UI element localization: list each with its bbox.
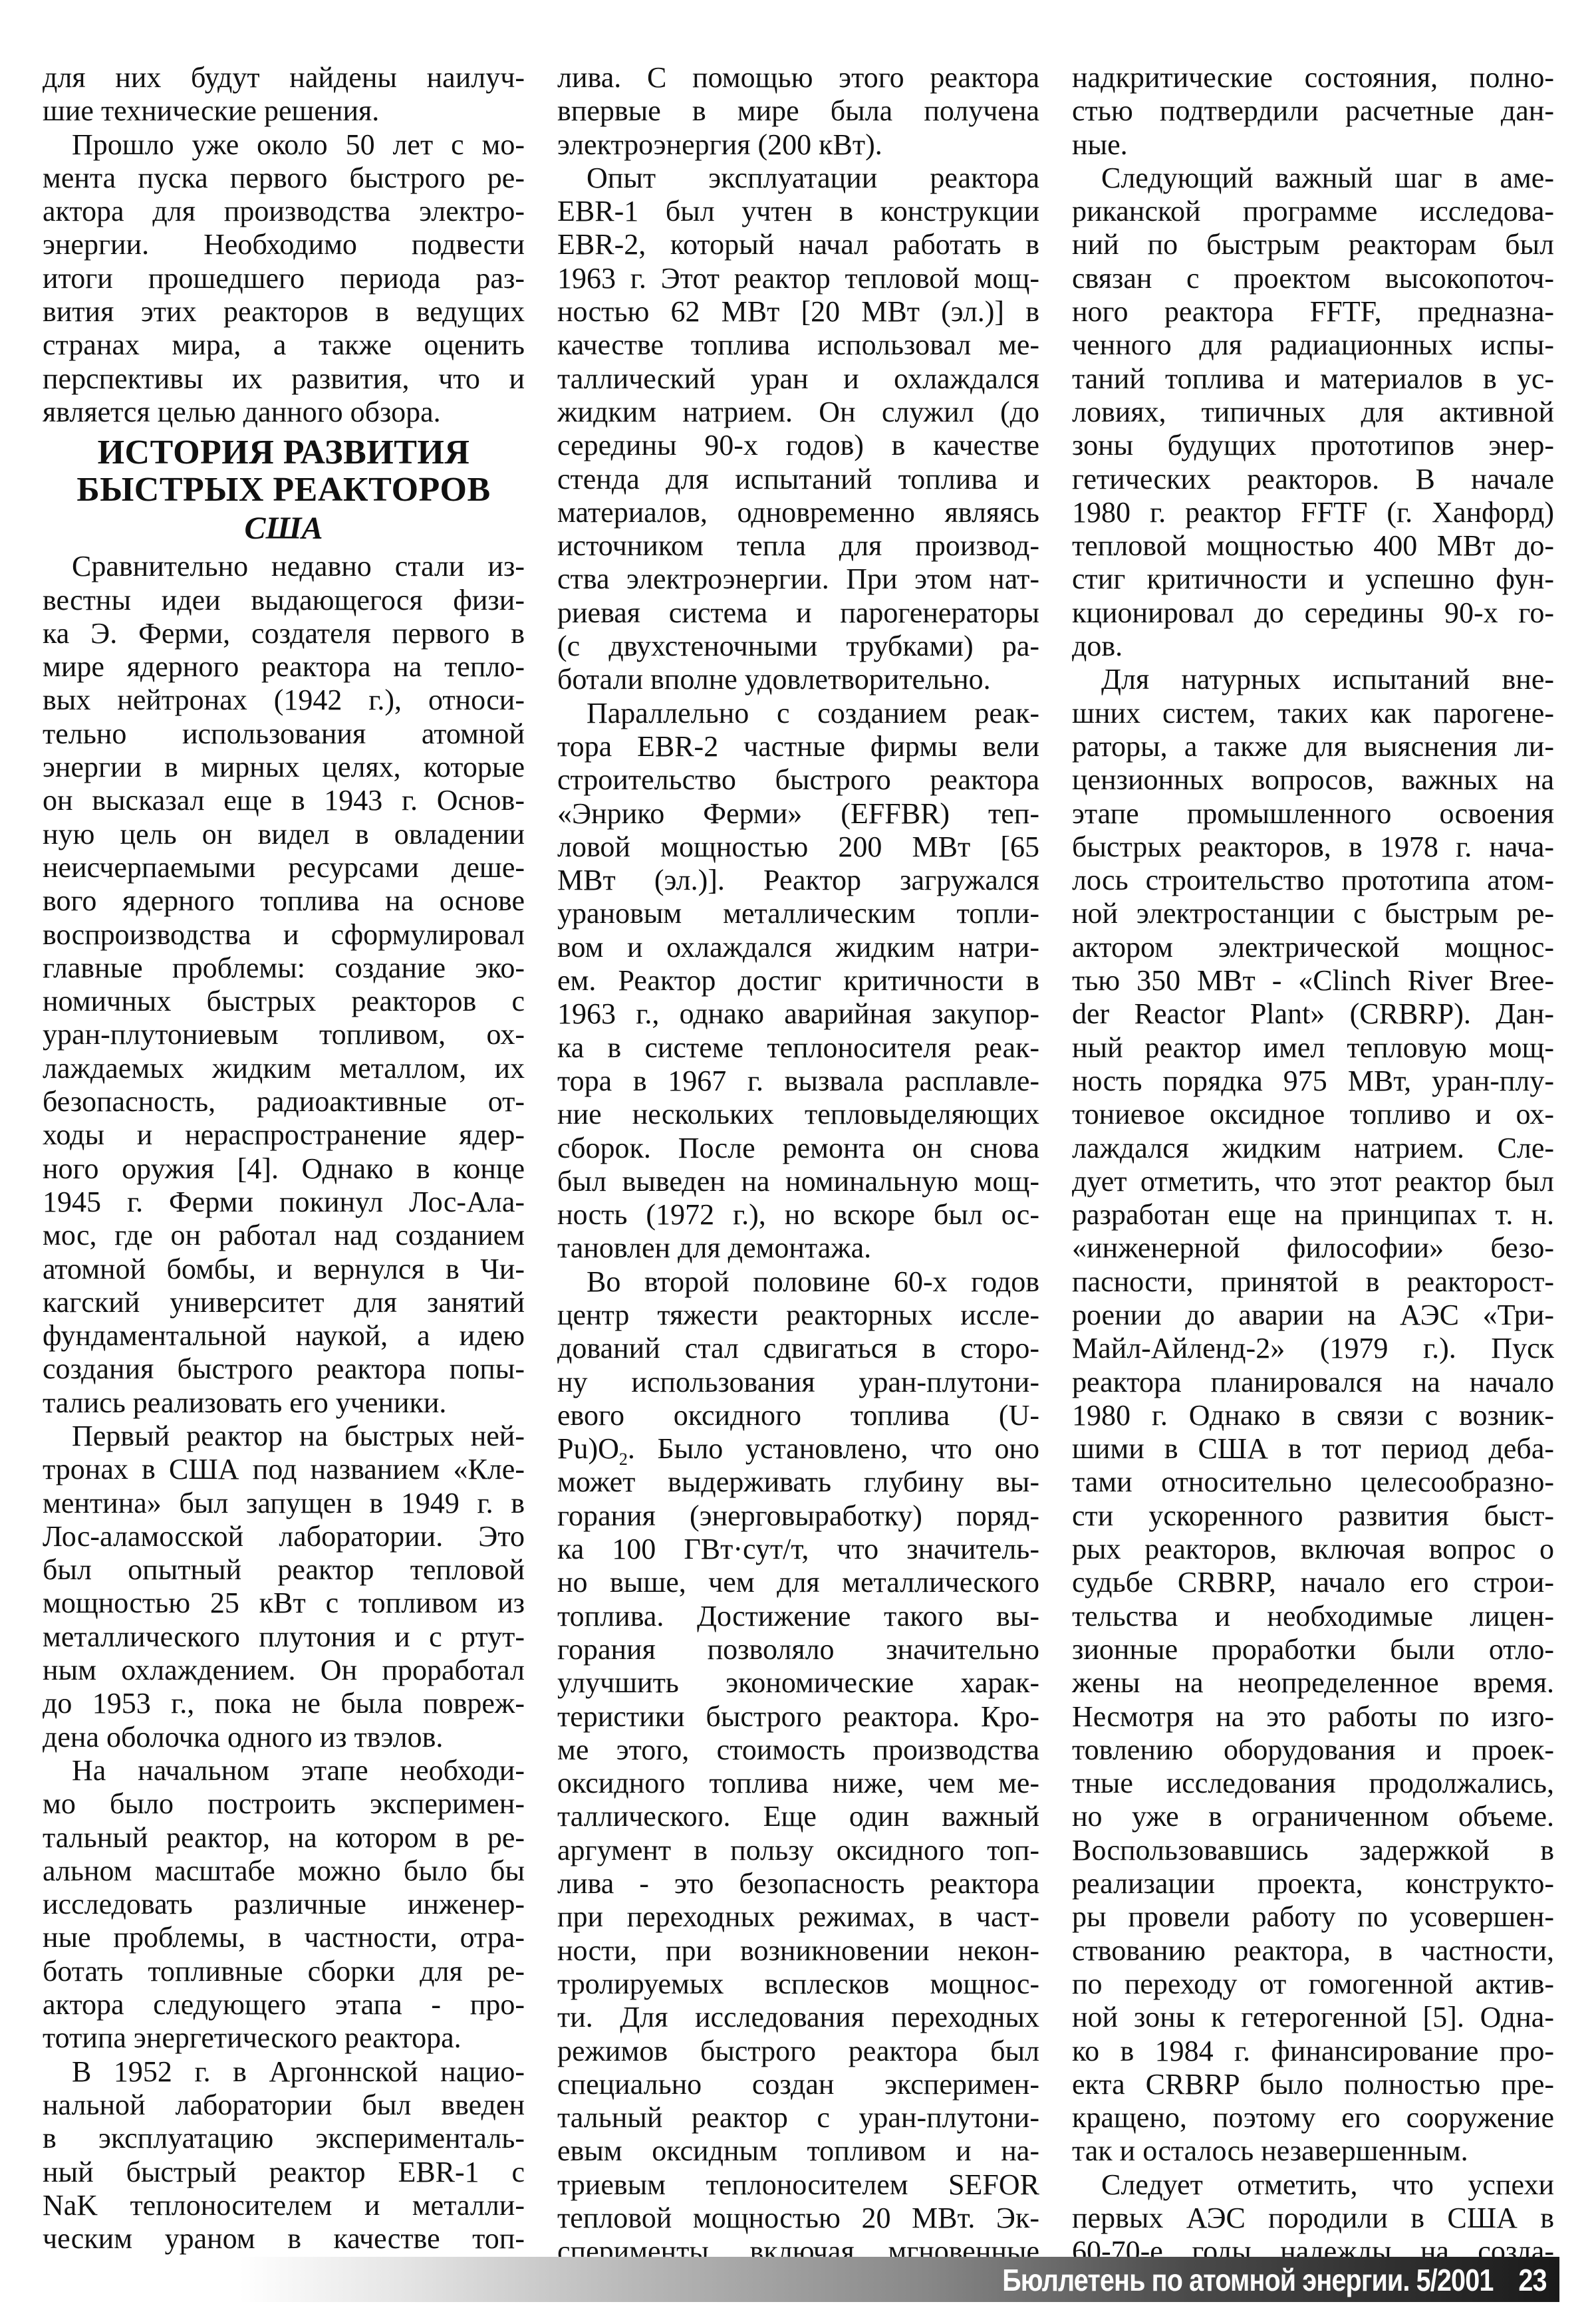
text-line: ры провели работу по усовершен- <box>1072 1900 1554 1934</box>
text-line: источником тепла для производ- <box>557 529 1039 563</box>
text-line: Параллельно с созданием реак- <box>557 697 1039 730</box>
text-line: ную цель он видел в овладении <box>43 818 525 851</box>
text-line: урановым металлическим топли- <box>557 897 1039 930</box>
text-line: мос, где он работал над созданием <box>43 1219 525 1252</box>
text-line: ность (1972 г.), но вскоре был ос- <box>557 1198 1039 1231</box>
text-line: шних систем, таких как парогене- <box>1072 697 1554 730</box>
text-line: лаждаемых жидким металлом, их <box>43 1052 525 1085</box>
text-line: лива. С помощью этого реактора <box>557 61 1039 94</box>
text-line: рых реакторов, включая вопрос о <box>1072 1533 1554 1566</box>
text-line: горания позволяло значительно <box>557 1633 1039 1666</box>
text-line: NaK теплоносителем и металли- <box>43 2189 525 2222</box>
text-line: Для натурных испытаний вне- <box>1072 663 1554 696</box>
text-line: материалов, одновременно являясь <box>557 496 1039 529</box>
text-line: ходы и нераспространение ядер- <box>43 1118 525 1152</box>
text-line: энергии. Необходимо подвести <box>43 228 525 261</box>
text-line: вестны идеи выдающегося физи- <box>43 584 525 617</box>
text-line: «Энрико Ферми» (EFFBR) теп- <box>557 797 1039 831</box>
text-line: ствованию реактора, в частности, <box>1072 1934 1554 1968</box>
text-line: ства электроэнергии. При этом нат- <box>557 563 1039 596</box>
text-line: для них будут найдены наилуч- <box>43 61 525 94</box>
text-line: может выдерживать глубину вы- <box>557 1466 1039 1499</box>
text-line: роении до аварии на АЭС «Три- <box>1072 1299 1554 1332</box>
text-line: судьбе CRBRP, начало его строи- <box>1072 1566 1554 1599</box>
text-line: тора в 1967 г. вызвала расплавле- <box>557 1065 1039 1098</box>
text-line: тельства и необходимые лицен- <box>1072 1600 1554 1633</box>
text-line: пасности, принятой в реакторост- <box>1072 1265 1554 1299</box>
text-line: ный реактор имел тепловую мощ- <box>1072 1031 1554 1065</box>
paragraph: Прошло уже около 50 лет с мо-мента пуска… <box>43 128 525 430</box>
text-line: стенда для испытаний топлива и <box>557 463 1039 496</box>
text-line: электроэнергия (200 кВт). <box>557 128 1039 162</box>
text-line: тами относительно целесообразно- <box>1072 1466 1554 1499</box>
text-line: кционировал до середины 90-х го- <box>1072 596 1554 630</box>
text-line: ностью 62 МВт [20 МВт (эл.)] в <box>557 295 1039 328</box>
text-line: ме этого, стоимость производства <box>557 1733 1039 1767</box>
text-line: является целью данного обзора. <box>43 396 525 429</box>
text-line: мире ядерного реактора на тепло- <box>43 650 525 684</box>
text-line: связан с проектом высокопоточ- <box>1072 262 1554 295</box>
text-line: ловиях, типичных для активной <box>1072 396 1554 429</box>
text-line: EBR-2, который начал работать в <box>557 228 1039 261</box>
text-line: тепловой мощностью 400 МВт до- <box>1072 529 1554 563</box>
text-line: уран-плутониевым топливом, ох- <box>43 1018 525 1051</box>
text-line: 1945 г. Ферми покинул Лос-Ала- <box>43 1186 525 1219</box>
text-line: Майл-Айленд-2» (1979 г.). Пуск <box>1072 1332 1554 1365</box>
text-line: ные. <box>1072 128 1554 162</box>
text-line: строительство быстрого реактора <box>557 763 1039 797</box>
text-line: 1963 г. Этот реактор тепловой мощ- <box>557 262 1039 295</box>
text-line: специально создан эксперимен- <box>557 2068 1039 2101</box>
text-line: ко в 1984 г. финансирование про- <box>1072 2035 1554 2068</box>
text-line: ментина» был запущен в 1949 г. в <box>43 1487 525 1520</box>
text-line: Прошло уже около 50 лет с мо- <box>43 128 525 162</box>
text-line: ности, при возникновении некон- <box>557 1934 1039 1968</box>
paragraph: Опыт эксплуатации реактораEBR-1 был учте… <box>557 162 1039 697</box>
paragraph: надкритические состояния, полно-стью под… <box>1072 61 1554 162</box>
text-line: зоны будущих прототипов энер- <box>1072 429 1554 462</box>
text-line: ние нескольких тепловыделяющих <box>557 1098 1039 1131</box>
text-line: риевая система и парогенераторы <box>557 596 1039 630</box>
text-line: качестве топлива использовал ме- <box>557 328 1039 362</box>
text-line: На начальном этапе необходи- <box>43 1754 525 1787</box>
text-line: Первый реактор на быстрых ней- <box>43 1420 525 1453</box>
paragraph: лива. С помощью этого реакторавпервые в … <box>557 61 1039 162</box>
text-line: так и осталось незавершенным. <box>1072 2134 1554 2168</box>
text-line: был опытный реактор тепловой <box>43 1553 525 1587</box>
text-line: первых АЭС породили в США в <box>1072 2202 1554 2235</box>
text-line: тепловой мощностью 20 МВт. Эк- <box>557 2202 1039 2235</box>
text-line: надкритические состояния, полно- <box>1072 61 1554 94</box>
text-line: тотипа энергетического реактора. <box>43 2021 525 2055</box>
text-line: Несмотря на это работы по изго- <box>1072 1700 1554 1733</box>
text-column-1: для них будут найдены наилуч-шие техниче… <box>43 61 525 2255</box>
text-line: альном масштабе можно было бы <box>43 1855 525 1888</box>
paragraph: Параллельно с созданием реак-тора EBR-2 … <box>557 697 1039 1265</box>
text-line: ного оружия [4]. Однако в конце <box>43 1152 525 1186</box>
text-line: дов. <box>1072 630 1554 663</box>
text-line: МВт (эл.)]. Реактор загружался <box>557 864 1039 897</box>
text-line: 1980 г. Однако в связи с возник- <box>1072 1399 1554 1432</box>
text-line: EBR-1 был учтен в конструкции <box>557 195 1039 228</box>
footer: Бюллетень по атомной энергии. 5/200123 <box>1003 2261 1547 2301</box>
text-line: тальный реактор, на котором в ре- <box>43 1821 525 1855</box>
text-line: тные исследования продолжались, <box>1072 1767 1554 1800</box>
paragraph: В 1952 г. в Аргоннской нацио-нальной лаб… <box>43 2055 525 2256</box>
text-line: актора для производства электро- <box>43 195 525 228</box>
text-line: энергии в мирных целях, которые <box>43 751 525 784</box>
text-line: ка 100 ГВт·сут/т, что значитель- <box>557 1533 1039 1566</box>
text-column-2: лива. С помощью этого реакторавпервые в … <box>557 61 1039 2269</box>
text-line: зионные проработки были отло- <box>1072 1633 1554 1666</box>
text-line: середины 90-х годов) в качестве <box>557 429 1039 462</box>
text-line: мента пуска первого быстрого ре- <box>43 162 525 195</box>
text-line: тора EBR-2 частные фирмы вели <box>557 730 1039 763</box>
text-line: реактора планировался на начало <box>1072 1366 1554 1399</box>
text-line: Во второй половине 60-х годов <box>557 1265 1039 1299</box>
text-line: центр тяжести реакторных иссле- <box>557 1299 1039 1332</box>
text-line: Сравнительно недавно стали из- <box>43 550 525 583</box>
text-line: ного реактора FFTF, предназна- <box>1072 295 1554 328</box>
text-line: цензионных вопросов, важных на <box>1072 763 1554 797</box>
text-line: Следует отметить, что успехи <box>1072 2168 1554 2202</box>
text-line: ность порядка 975 МВт, уран-плу- <box>1072 1065 1554 1098</box>
text-line: тронах в США под названием «Кле- <box>43 1453 525 1486</box>
text-line: ем. Реактор достиг критичности в <box>557 964 1039 997</box>
text-line: ные проблемы, в частности, отра- <box>43 1921 525 1954</box>
text-line: 1980 г. реактор FFTF (г. Ханфорд) <box>1072 496 1554 529</box>
text-line: ка в системе теплоносителя реак- <box>557 1031 1039 1065</box>
text-line: Опыт эксплуатации реактора <box>557 162 1039 195</box>
text-line: таний топлива и материалов в ус- <box>1072 362 1554 396</box>
text-line: тролируемых всплесков мощнос- <box>557 1968 1039 2001</box>
text-line: тониевое оксидное топливо и ох- <box>1072 1098 1554 1131</box>
text-line: топлива. Достижение такого вы- <box>557 1600 1039 1633</box>
text-line: мощностью 25 кВт с топливом из <box>43 1587 525 1620</box>
text-line: атомной бомбы, и вернулся в Чи- <box>43 1253 525 1286</box>
text-line: стиг критичности и успешно фун- <box>1072 563 1554 596</box>
text-line: создания быстрого реактора попы- <box>43 1352 525 1386</box>
text-line: странах мира, а также оценить <box>43 328 525 362</box>
text-line: металлического плутония и с ртут- <box>43 1620 525 1654</box>
text-line: ной зоны к гетерогенной [5]. Одна- <box>1072 2001 1554 2034</box>
text-line: фундаментальной наукой, а идею <box>43 1319 525 1352</box>
text-line: жены на неопределенное время. <box>1072 1666 1554 1700</box>
text-line: Pu)O2. Было установлено, что оно <box>557 1432 1039 1466</box>
text-line: ний по быстрым реакторам был <box>1072 228 1554 261</box>
text-line: вом и охлаждался жидким натри- <box>557 931 1039 964</box>
text-line: ной электростанции с быстрым ре- <box>1072 897 1554 930</box>
text-line: но выше, чем для металлического <box>557 1566 1039 1599</box>
text-line: тальный реактор с уран-плутони- <box>557 2101 1039 2134</box>
text-line: ну использования уран-плутони- <box>557 1366 1039 1399</box>
text-line: Лос-аламосской лаборатории. Это <box>43 1520 525 1553</box>
text-line: лось строительство прототипа атом- <box>1072 864 1554 897</box>
text-line: дований стал сдвигаться в сторо- <box>557 1332 1039 1365</box>
text-line: сборок. После ремонта он снова <box>557 1132 1039 1165</box>
text-line: при переходных режимах, в част- <box>557 1900 1039 1934</box>
text-line: ботать топливные сборки для ре- <box>43 1955 525 1988</box>
text-line: гетических реакторов. В начале <box>1072 463 1554 496</box>
text-line: итоги прошедшего периода раз- <box>43 262 525 295</box>
text-line: екта CRBRP было полностью пре- <box>1072 2068 1554 2101</box>
journal-title: Бюллетень по атомной энергии. 5/2001 <box>1003 2263 1494 2297</box>
text-line: был выведен на номинальную мощ- <box>557 1165 1039 1198</box>
text-line: актора следующего этапа - про- <box>43 1988 525 2021</box>
text-line: горания (энерговыработку) поряд- <box>557 1499 1039 1533</box>
text-line: безопасность, радиоактивные от- <box>43 1085 525 1118</box>
text-line: вых нейтронах (1942 г.), относи- <box>43 684 525 717</box>
text-line: евым оксидным топливом и на- <box>557 2134 1039 2168</box>
text-line: улучшить экономические харак- <box>557 1666 1039 1700</box>
text-line: шие технические решения. <box>43 94 525 128</box>
text-line: он высказал еще в 1943 г. Основ- <box>43 784 525 817</box>
text-line: аргумент в пользу оксидного топ- <box>557 1834 1039 1867</box>
text-line: риканской программе исследова- <box>1072 195 1554 228</box>
text-line: ка Э. Ферми, создателя первого в <box>43 617 525 650</box>
paragraph: На начальном этапе необходи-мо было пост… <box>43 1754 525 2055</box>
text-line: ченного для радиационных испы- <box>1072 328 1554 362</box>
text-line: но уже в ограниченном объеме. <box>1072 1800 1554 1833</box>
text-line: актором электрической мощнос- <box>1072 931 1554 964</box>
text-line: вого ядерного топлива на основе <box>43 884 525 918</box>
text-line: быстрых реакторов, в 1978 г. нача- <box>1072 831 1554 864</box>
text-line: вития этих реакторов в ведущих <box>43 295 525 328</box>
page-number: 23 <box>1519 2263 1547 2297</box>
text-line: стью подтвердили расчетные дан- <box>1072 94 1554 128</box>
text-column-3: надкритические состояния, полно-стью под… <box>1072 61 1554 2269</box>
text-line: исследовать различные инженер- <box>43 1888 525 1921</box>
text-line: Следующий важный шаг в аме- <box>1072 162 1554 195</box>
paragraph: Сравнительно недавно стали из-вестны иде… <box>43 550 525 1420</box>
paragraph: Первый реактор на быстрых ней-тронах в С… <box>43 1420 525 1754</box>
text-line: ти. Для исследования переходных <box>557 2001 1039 2034</box>
text-line: в эксплуатацию эксперименталь- <box>43 2122 525 2155</box>
text-line: оксидного топлива ниже, чем ме- <box>557 1767 1039 1800</box>
section-heading: БЫСТРЫХ РЕАКТОРОВ <box>43 471 525 509</box>
text-line: лива - это безопасность реактора <box>557 1867 1039 1900</box>
text-line: сти ускоренного развития быст- <box>1072 1499 1554 1533</box>
text-line: ботали вполне удовлетворительно. <box>557 663 1039 696</box>
text-line: der Reactor Plant» (CRBRP). Дан- <box>1072 997 1554 1031</box>
text-line: 1963 г., однако аварийная закупор- <box>557 997 1039 1031</box>
text-line: таллического. Еще один важный <box>557 1800 1039 1833</box>
text-line: разработан еще на принципах т. н. <box>1072 1198 1554 1231</box>
text-line: до 1953 г., пока не была повреж- <box>43 1687 525 1720</box>
text-line: перспективы их развития, что и <box>43 362 525 396</box>
text-line: ным охлаждением. Он проработал <box>43 1654 525 1687</box>
text-line: по переходу от гомогенной актив- <box>1072 1968 1554 2001</box>
text-line: ный быстрый реактор EBR-1 с <box>43 2156 525 2189</box>
subsection-heading: США <box>43 509 525 549</box>
text-line: Воспользовавшись задержкой в <box>1072 1834 1554 1867</box>
paragraph: Следующий важный шаг в аме-риканской про… <box>1072 162 1554 663</box>
text-line: воспроизводства и сформулировал <box>43 918 525 952</box>
text-line: режимов быстрого реактора был <box>557 2035 1039 2068</box>
text-line: шими в США в тот период деба- <box>1072 1432 1554 1466</box>
text-line: тью 350 МВт - «Clinch River Bree- <box>1072 964 1554 997</box>
text-line: главные проблемы: создание эко- <box>43 952 525 985</box>
text-line: номичных быстрых реакторов с <box>43 985 525 1018</box>
text-line: впервые в мире была получена <box>557 94 1039 128</box>
paragraph: для них будут найдены наилуч-шие техниче… <box>43 61 525 128</box>
text-line: мо было построить эксперимен- <box>43 1787 525 1821</box>
paragraph: Во второй половине 60-х годовцентр тяжес… <box>557 1265 1039 2269</box>
paragraph: Для натурных испытаний вне-шних систем, … <box>1072 663 1554 2168</box>
text-line: «инженерной философии» безо- <box>1072 1231 1554 1265</box>
text-line: раторы, а также для выяснения ли- <box>1072 730 1554 763</box>
text-line: В 1952 г. в Аргоннской нацио- <box>43 2055 525 2089</box>
text-line: нальной лаборатории был введен <box>43 2089 525 2122</box>
text-line: дена оболочка одного из твэлов. <box>43 1721 525 1754</box>
paragraph: Следует отметить, что успехипервых АЭС п… <box>1072 2168 1554 2269</box>
text-line: теристики быстрого реактора. Кро- <box>557 1700 1039 1733</box>
text-line: тались реализовать его ученики. <box>43 1386 525 1420</box>
text-line: кращено, поэтому его сооружение <box>1072 2101 1554 2134</box>
text-line: ловой мощностью 200 МВт [65 <box>557 831 1039 864</box>
section-heading: ИСТОРИЯ РАЗВИТИЯ <box>43 434 525 471</box>
text-line: ческим ураном в качестве топ- <box>43 2222 525 2255</box>
text-line: дует отметить, что этот реактор был <box>1072 1165 1554 1198</box>
text-line: тельно использования атомной <box>43 717 525 751</box>
text-line: неисчерпаемыми ресурсами деше- <box>43 851 525 884</box>
text-line: товлению оборудования и проек- <box>1072 1733 1554 1767</box>
text-line: реализации проекта, конструкто- <box>1072 1867 1554 1900</box>
text-line: жидким натрием. Он служил (до <box>557 396 1039 429</box>
journal-page: для них будут найдены наилуч-шие техниче… <box>0 0 1596 2306</box>
text-line: таллический уран и охлаждался <box>557 362 1039 396</box>
text-line: кагский университет для занятий <box>43 1286 525 1319</box>
text-line: евого оксидного топлива (U- <box>557 1399 1039 1432</box>
text-line: (с двухстеночными трубками) ра- <box>557 630 1039 663</box>
text-line: тановлен для демонтажа. <box>557 1231 1039 1265</box>
text-line: этапе промышленного освоения <box>1072 797 1554 831</box>
text-line: лаждался жидким натрием. Сле- <box>1072 1132 1554 1165</box>
text-line: триевым теплоносителем SEFOR <box>557 2168 1039 2202</box>
